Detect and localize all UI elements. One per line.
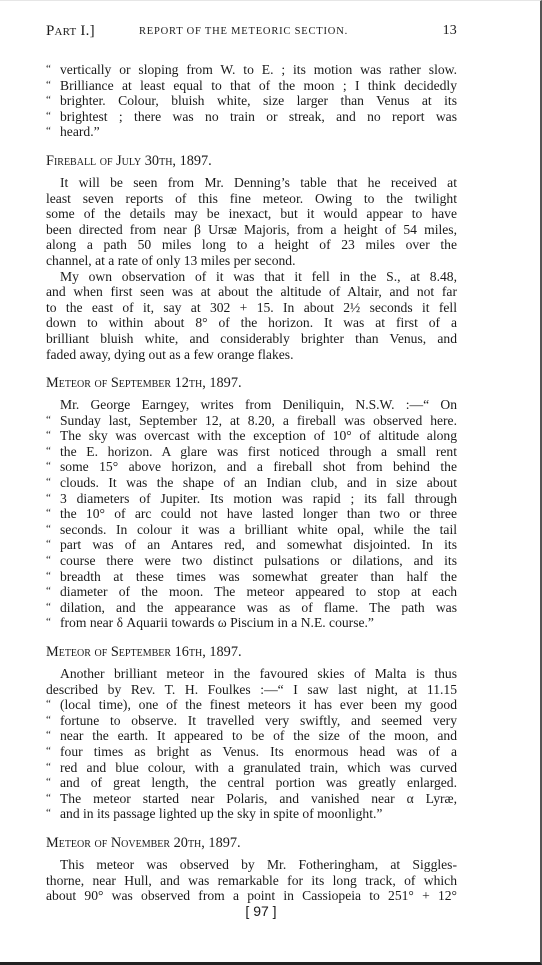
text-line: “near the earth. It appeared to be of th…	[46, 728, 457, 744]
section-heading: Meteor of November 20th, 1897.	[46, 836, 457, 852]
line-text: faded away, dying out as a few orange fl…	[46, 347, 293, 362]
page-number: 13	[443, 23, 457, 39]
quote-mark: “	[46, 413, 60, 429]
quote-mark: “	[46, 537, 60, 553]
document-page: Part I.] REPORT OF THE METEORIC SECTION.…	[0, 0, 542, 964]
line-text: along a path 50 miles long to a height o…	[46, 237, 457, 252]
line-text: breadth at these times was somewhat grea…	[60, 569, 457, 584]
quote-mark: “	[46, 62, 60, 78]
line-text: near the earth. It appeared to be of the…	[60, 728, 457, 743]
line-text: It will be seen from Mr. Denning’s table…	[60, 175, 457, 190]
text-line: down to within about 8° of the horizon. …	[46, 315, 457, 331]
text-line: along a path 50 miles long to a height o…	[46, 237, 457, 253]
text-line: “some 15° above horizon, and a fireball …	[46, 459, 457, 475]
text-line: “breadth at these times was somewhat gre…	[46, 569, 457, 585]
quote-mark: “	[46, 806, 60, 822]
line-text: and in its passage lighted up the sky in…	[60, 806, 382, 821]
line-text: course there were two distinct pulsation…	[60, 553, 457, 568]
text-line: been directed from near β Ursæ Majoris, …	[46, 222, 457, 238]
line-text: The sky was overcast with the exception …	[60, 428, 457, 443]
text-line: “(local time), one of the finest meteors…	[46, 697, 457, 713]
line-text: about 90° was observed from a point in C…	[46, 888, 457, 903]
line-text: My own observation of it was that it fel…	[60, 269, 457, 284]
quote-mark: “	[46, 600, 60, 616]
line-text: diameter of the moon. The meteor appeare…	[60, 584, 457, 599]
text-line: “red and blue colour, with a granulated …	[46, 760, 457, 776]
text-line: “brighter. Colour, bluish white, size la…	[46, 93, 457, 109]
line-text: some of the details may be inexact, but …	[46, 206, 457, 221]
text-line: some of the details may be inexact, but …	[46, 206, 457, 222]
text-line: “Sunday last, September 12, at 8.20, a f…	[46, 413, 457, 429]
text-line: to the east of it, say at 302 + 15. In a…	[46, 300, 457, 316]
text-line: “and in its passage lighted up the sky i…	[46, 806, 457, 822]
line-text: brilliant bluish white, and considerably…	[46, 331, 457, 346]
text-line: Another brilliant meteor in the favoured…	[46, 666, 457, 682]
line-text: described by Rev. T. H. Foulkes :—“ I sa…	[46, 682, 457, 697]
section: Fireball of July 30th, 1897.It will be s…	[46, 154, 457, 362]
text-line: “clouds. It was the shape of an Indian c…	[46, 475, 457, 491]
quote-mark: “	[46, 491, 60, 507]
part-label: Part I.]	[46, 23, 95, 40]
line-text: the 10° of arc could not have lasted lon…	[60, 506, 457, 521]
text-line: “brightest ; there was no train or strea…	[46, 109, 457, 125]
quote-mark: “	[46, 775, 60, 791]
line-text: heard.”	[60, 124, 100, 139]
section: Meteor of September 16th, 1897.Another b…	[46, 645, 457, 822]
quote-mark: “	[46, 124, 60, 140]
text-line: “diameter of the moon. The meteor appear…	[46, 584, 457, 600]
line-text: The meteor started near Polaris, and van…	[60, 791, 457, 806]
line-text: thorne, near Hull, and was remarkable fo…	[46, 873, 457, 888]
quote-mark: “	[46, 522, 60, 538]
page-body: “vertically or sloping from W. to E. ; i…	[46, 62, 457, 904]
quote-mark: “	[46, 553, 60, 569]
line-text: fortune to observe. It travelled very sw…	[60, 713, 457, 728]
line-text: the E. horizon. A glare was first notice…	[60, 444, 457, 459]
quote-mark: “	[46, 459, 60, 475]
running-header: Part I.] REPORT OF THE METEORIC SECTION.…	[46, 23, 457, 43]
text-line: faded away, dying out as a few orange fl…	[46, 347, 457, 363]
line-text: dilation, and the appearance was as of f…	[60, 600, 457, 615]
text-line: “part was of an Antares red, and somewha…	[46, 537, 457, 553]
text-line: channel, at a rate of only 13 miles per …	[46, 253, 457, 269]
folio: [ 97 ]	[0, 903, 542, 919]
text-line: described by Rev. T. H. Foulkes :—“ I sa…	[46, 682, 457, 698]
line-text: Sunday last, September 12, at 8.20, a fi…	[60, 413, 457, 428]
text-line: “fortune to observe. It travelled very s…	[46, 713, 457, 729]
line-text: (local time), one of the finest meteors …	[60, 697, 457, 712]
section: Meteor of September 12th, 1897.Mr. Georg…	[46, 376, 457, 631]
running-title: REPORT OF THE METEORIC SECTION.	[139, 26, 348, 37]
section-heading: Meteor of September 12th, 1897.	[46, 376, 457, 392]
line-text: four times as bright as Venus. Its enorm…	[60, 744, 457, 759]
quote-mark: “	[46, 584, 60, 600]
quote-mark: “	[46, 428, 60, 444]
quote-mark: “	[46, 444, 60, 460]
line-text: This meteor was observed by Mr. Fotherin…	[60, 857, 457, 872]
text-line: brilliant bluish white, and considerably…	[46, 331, 457, 347]
line-text: some 15° above horizon, and a fireball s…	[60, 459, 457, 474]
text-line: “four times as bright as Venus. Its enor…	[46, 744, 457, 760]
line-text: clouds. It was the shape of an Indian cl…	[60, 475, 457, 490]
line-text: channel, at a rate of only 13 miles per …	[46, 253, 296, 268]
quote-mark: “	[46, 615, 60, 631]
section-heading: Meteor of September 16th, 1897.	[46, 645, 457, 661]
text-line: “vertically or sloping from W. to E. ; i…	[46, 62, 457, 78]
text-line: It will be seen from Mr. Denning’s table…	[46, 175, 457, 191]
text-line: “The sky was overcast with the exception…	[46, 428, 457, 444]
quote-mark: “	[46, 697, 60, 713]
section: Meteor of November 20th, 1897.This meteo…	[46, 836, 457, 904]
quote-mark: “	[46, 475, 60, 491]
quote-mark: “	[46, 506, 60, 522]
text-line: “3 diameters of Jupiter. Its motion was …	[46, 491, 457, 507]
text-line: This meteor was observed by Mr. Fotherin…	[46, 857, 457, 873]
quote-mark: “	[46, 93, 60, 109]
line-text: part was of an Antares red, and somewhat…	[60, 537, 457, 552]
line-text: brightest ; there was no train or streak…	[60, 109, 457, 124]
text-line: “The meteor started near Polaris, and va…	[46, 791, 457, 807]
folio-number: [ 97 ]	[245, 903, 276, 919]
line-text: to the east of it, say at 302 + 15. In a…	[46, 300, 457, 315]
text-line: about 90° was observed from a point in C…	[46, 888, 457, 904]
quote-mark: “	[46, 791, 60, 807]
text-line: “Brilliance at least equal to that of th…	[46, 78, 457, 94]
quote-mark: “	[46, 728, 60, 744]
quote-mark: “	[46, 713, 60, 729]
quote-mark: “	[46, 569, 60, 585]
line-text: been directed from near β Ursæ Majoris, …	[46, 222, 457, 237]
text-line: “and of great length, the central portio…	[46, 775, 457, 791]
text-line: least seven reports of this fine meteor.…	[46, 191, 457, 207]
text-line: “dilation, and the appearance was as of …	[46, 600, 457, 616]
line-text: brighter. Colour, bluish white, size lar…	[60, 93, 457, 108]
quote-mark: “	[46, 760, 60, 776]
line-text: Brilliance at least equal to that of the…	[60, 78, 457, 93]
section-heading: Fireball of July 30th, 1897.	[46, 154, 457, 170]
line-text: vertically or sloping from W. to E. ; it…	[60, 62, 457, 77]
line-text: down to within about 8° of the horizon. …	[46, 315, 457, 330]
text-line: “course there were two distinct pulsatio…	[46, 553, 457, 569]
line-text: Mr. George Earngey, writes from Deniliqu…	[60, 397, 457, 412]
quote-mark: “	[46, 78, 60, 94]
text-line: “the 10° of arc could not have lasted lo…	[46, 506, 457, 522]
quote-mark: “	[46, 109, 60, 125]
text-line: Mr. George Earngey, writes from Deniliqu…	[46, 397, 457, 413]
text-line: My own observation of it was that it fel…	[46, 269, 457, 285]
text-line: thorne, near Hull, and was remarkable fo…	[46, 873, 457, 889]
text-line: “from near δ Aquarii towards ω Piscium i…	[46, 615, 457, 631]
section: “vertically or sloping from W. to E. ; i…	[46, 62, 457, 140]
text-line: “seconds. In colour it was a brilliant w…	[46, 522, 457, 538]
line-text: seconds. In colour it was a brilliant wh…	[60, 522, 457, 537]
line-text: and of great length, the central portion…	[60, 775, 457, 790]
quote-mark: “	[46, 744, 60, 760]
line-text: least seven reports of this fine meteor.…	[46, 191, 457, 206]
line-text: 3 diameters of Jupiter. Its motion was r…	[60, 491, 457, 506]
text-line: “the E. horizon. A glare was first notic…	[46, 444, 457, 460]
text-line: “heard.”	[46, 124, 457, 140]
line-text: Another brilliant meteor in the favoured…	[60, 666, 457, 681]
line-text: red and blue colour, with a granulated t…	[60, 760, 457, 775]
text-line: and when first seen was at about the alt…	[46, 284, 457, 300]
line-text: and when first seen was at about the alt…	[46, 284, 457, 299]
line-text: from near δ Aquarii towards ω Piscium in…	[60, 615, 374, 630]
